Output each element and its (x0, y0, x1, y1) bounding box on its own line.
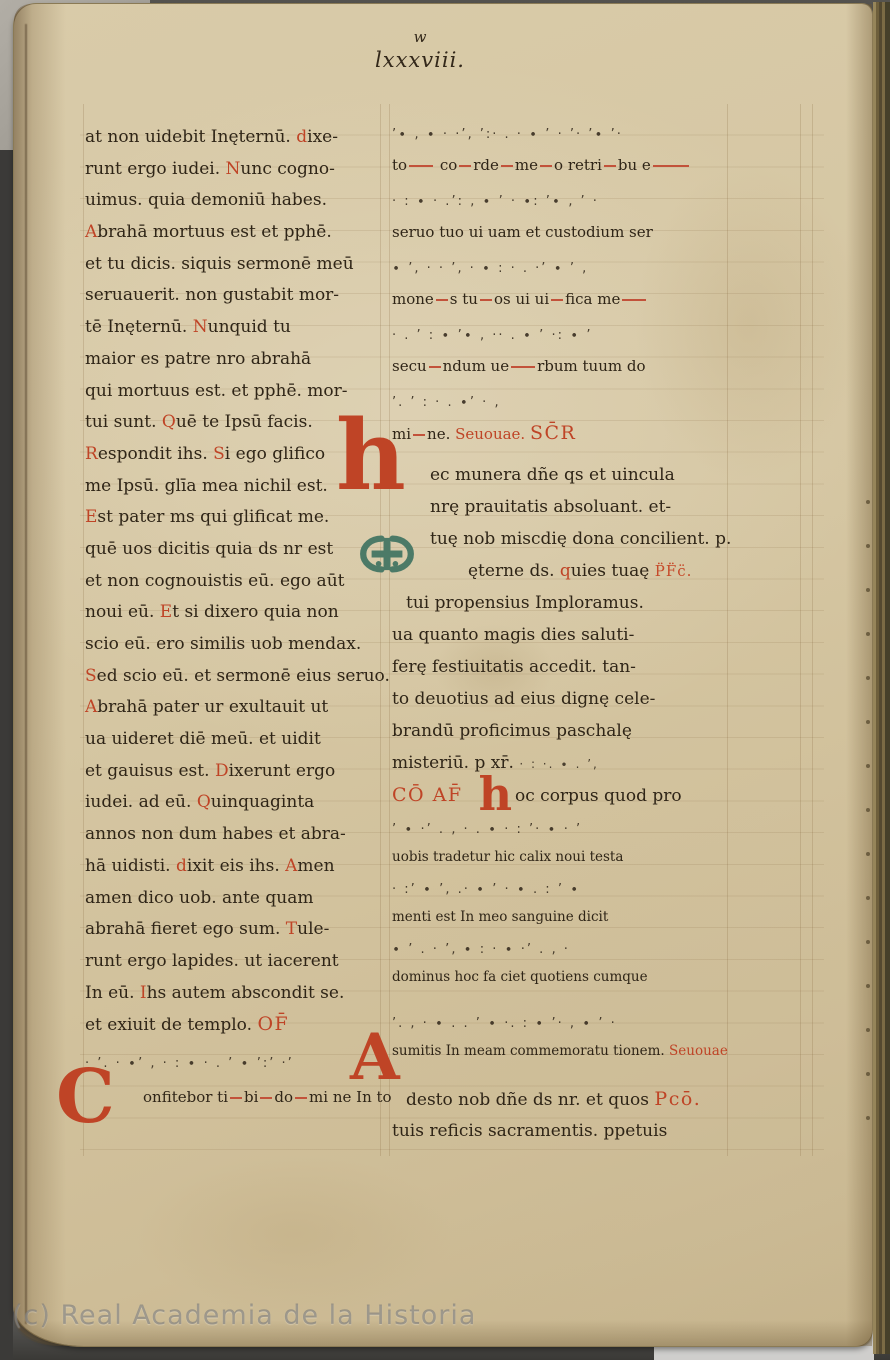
prayer-text-line: brandū proficimus paschalę (392, 715, 730, 747)
ink-text: ixit eis ihs. (187, 856, 285, 876)
prayer-text-line: ęterne ds. quies tuaę P̈F̈c̈. (392, 555, 730, 587)
right-text-column: ’∙ ‚ ∙ · ·’‚ ’:· . · ∙ ’ · ’· ’∙ ’·to co… (392, 104, 730, 1147)
ink-text: ixerunt ergo (229, 761, 336, 781)
rubric-text: S (213, 444, 225, 464)
gospel-text-line: uimus. quia demoniū habes. (85, 185, 385, 217)
ink-text: onfitebor ti (143, 1088, 228, 1106)
red-connector-line (480, 299, 492, 301)
ink-text: tē Inęternū. (85, 317, 193, 337)
ink-text: et tu dicis. siquis sermonē meū (85, 254, 354, 274)
ink-text: abrahā fieret ego sum. (85, 919, 286, 939)
neume-row: · : ∙ · .’: ‚ ∙ ’ · ∙: ’∙ ‚ ’ · (392, 179, 730, 220)
postcommunion-initial: A (350, 1026, 400, 1090)
red-connector-line (260, 1097, 272, 1099)
folio-number: lxxxviii. (340, 48, 500, 72)
ink-text: et non cognouistis eū. ego aūt (85, 571, 344, 591)
rubric-text: Pcō. (654, 1088, 701, 1110)
ink-text: os ui ui (494, 290, 549, 308)
pricking-hole (866, 544, 870, 548)
prayer-text-line: tuę nob miscdię dona concilient. p. (392, 523, 730, 555)
left-text-column: at non uidebit Inęternū. dixe-runt ergo … (85, 116, 385, 1114)
gospel-text-line: iudei. ad eū. Quinquaginta (85, 787, 385, 819)
ink-text: s tu (450, 290, 478, 308)
rubric-text: E (160, 602, 172, 622)
ruling-vertical (812, 104, 813, 1156)
gospel-text-line: In eū. Ihs autem abscondit se. (85, 978, 385, 1010)
chant-text-line: uobis tradetur hic calix noui testa (392, 845, 730, 871)
pricking-hole (866, 1072, 870, 1076)
neume-row: ’. , · ∙ . . ’ ∙ ·. : ∙ ’· , ∙ ’ · (392, 1005, 730, 1039)
ink-text: bi (244, 1088, 258, 1106)
gospel-text-line: et non cognouistis eū. ego aūt (85, 566, 385, 598)
neume-row: ’. ’ : · . ∙’ · ‚ (392, 380, 730, 421)
red-connector-line (540, 165, 552, 167)
binding-gutter-shadow (14, 4, 66, 1346)
ink-text: secu (392, 357, 427, 375)
pricking-hole (866, 720, 870, 724)
ink-text: amen dico uob. ante quam (85, 888, 314, 908)
pricking-hole (866, 852, 870, 856)
ink-text: do (274, 1088, 293, 1106)
ink-text: maior es patre nro abrahā (85, 349, 311, 369)
ink-text: et exiuit de templo. (85, 1015, 257, 1035)
rubric-text: CŌ AF̄ (392, 784, 463, 806)
ink-text: ixe- (307, 127, 338, 147)
ink-text: rbum tuum do (537, 357, 645, 375)
ink-text: nrę prauitatis absoluant. et- (430, 497, 671, 517)
ink-text: mone (392, 290, 434, 308)
ink-text: tui propensius Imploramus. (406, 593, 644, 613)
rubric-text: q (560, 561, 571, 581)
chant-text-line: sumitis In meam commemoratu tionem. Seuo… (392, 1039, 730, 1065)
rubric-text: E (85, 507, 97, 527)
quire-mark: w (340, 28, 500, 46)
neume-row: ’∙ ‚ ∙ · ·’‚ ’:· . · ∙ ’ · ’· ’∙ ’· (392, 112, 730, 153)
chant-text-line: mine. Seuouae. SC̄R (392, 421, 730, 447)
pricking-hole (866, 940, 870, 944)
ink-text: ferę festiuitatis accedit. tan- (392, 657, 636, 677)
red-connector-line (413, 434, 425, 436)
prayer-text-line: tuis reficis sacramentis. ppetuis (392, 1115, 730, 1147)
rubric-text: Q (197, 792, 211, 812)
prayer-text-line: ferę festiuitatis accedit. tan- (392, 651, 730, 683)
rubric-text: A (85, 222, 97, 242)
ink-text: annos non dum habes et abra- (85, 824, 346, 844)
ink-text: me Ipsū. glīa mea nichil est. (85, 476, 328, 496)
red-connector-line (501, 165, 513, 167)
ink-text: ndum ue (443, 357, 509, 375)
gospel-text-line: tē Inęternū. Nunquid tu (85, 312, 385, 344)
prayer-text-line: tui propensius Imploramus. (392, 587, 730, 619)
ink-text: unquid tu (208, 317, 291, 337)
ink-text: i ego glifico (225, 444, 325, 464)
rubric-text: OF̄ (257, 1013, 289, 1035)
offertory-initial: C (56, 1060, 115, 1134)
gospel-text-line: Sed scio eū. et sermonē eius seruo. (85, 661, 385, 693)
gospel-text-line: amen dico uob. ante quam (85, 883, 385, 915)
ink-text: o retri (554, 156, 602, 174)
ink-text: unc cogno- (240, 159, 334, 179)
neume-row: · :’ ∙ ’‚ .· ∙ ’ · ∙ . : ’ ∙ (392, 871, 730, 905)
ink-text: hs autem abscondit se. (147, 983, 345, 1003)
rubric-text: Seuouae (669, 1043, 728, 1059)
red-connector-line (459, 165, 471, 167)
red-connector-line (622, 299, 646, 301)
manuscript-page: w lxxxviii. at non uidebit Inęternū. dix… (14, 4, 872, 1346)
neume-row: ’ ∙ ·’ . ‚ · . ∙ · : ’· ∙ · ’ (392, 811, 730, 845)
ink-text: to (392, 156, 407, 174)
chant-text-line: secundum uerbum tuum do (392, 354, 730, 380)
chant-text-line: mones tuos ui uifica me (392, 287, 730, 313)
gospel-text-line: et tu dicis. siquis sermonē meū (85, 249, 385, 281)
ink-text: uē te Ipsū facis. (176, 412, 313, 432)
neume-row: · ’. · ∙’ , · : ∙ · . ’ ∙ ’:’ ·’ (85, 1041, 385, 1082)
pricking-hole (866, 676, 870, 680)
pricking-hole (866, 764, 870, 768)
ink-text: tuę nob miscdię dona concilient. p. (430, 529, 731, 549)
vere-dignum-monogram-icon (352, 532, 422, 576)
ink-text: fica me (565, 290, 620, 308)
ink-text: ule- (297, 919, 329, 939)
rubric-text: SC̄R (530, 422, 576, 444)
ruling-vertical (389, 104, 390, 1156)
neume-row: · . ’ : ∙ ’∙ , ·· . ∙ ’ ·: ∙ ’ (392, 313, 730, 354)
pricking-holes (866, 4, 872, 1346)
gospel-text-line: annos non dum habes et abra- (85, 819, 385, 851)
rubric-text: D (215, 761, 229, 781)
ink-text: hā uidisti. (85, 856, 176, 876)
ink-text: runt ergo iudei. (85, 159, 226, 179)
page-stack-edge (873, 2, 890, 1354)
gospel-text-line: hā uidisti. dixit eis ihs. Amen (85, 851, 385, 883)
pricking-hole (866, 588, 870, 592)
secret-prayer-initial: h (336, 408, 406, 504)
ink-text: st pater ms qui glificat me. (97, 507, 329, 527)
ink-text: runt ergo lapides. ut iacerent (85, 951, 339, 971)
ink-text: ęterne ds. (468, 561, 560, 581)
rubric-text: N (226, 159, 241, 179)
pricking-hole (866, 500, 870, 504)
ink-text: quē uos dicitis quia ds nr est (85, 539, 333, 559)
chant-text-line: to cordemeo retribu e (392, 153, 730, 179)
ink-text: ua quanto magis dies saluti- (392, 625, 634, 645)
pricking-hole (866, 1116, 870, 1120)
ink-text: at non uidebit Inęternū. (85, 127, 296, 147)
rubric-text: Seuouae. (455, 425, 525, 443)
gospel-text-line: et gauisus est. Dixerunt ergo (85, 756, 385, 788)
prayer-text-line: to deuotius ad eius dignę cele- (392, 683, 730, 715)
ink-text: brahā mortuus est et pphē. (97, 222, 331, 242)
prayer-text-line: ua quanto magis dies saluti- (392, 619, 730, 651)
ink-text: uinquaginta (211, 792, 315, 812)
pricking-hole (866, 808, 870, 812)
binding-crease (25, 24, 27, 1324)
ink-text: tuis reficis sacramentis. ppetuis (392, 1121, 667, 1141)
communio-initial: h (463, 767, 515, 821)
inline-neumes: · : ·. ∙ . ’, (519, 757, 599, 771)
ink-text: ec munera dñe qs et uincula (430, 465, 675, 485)
ink-text: noui eū. (85, 602, 160, 622)
rubric-text: T (286, 919, 297, 939)
ink-text: men (297, 856, 334, 876)
rubric-text: A (285, 856, 297, 876)
gospel-text-line: scio eū. ero similis uob mendax. (85, 629, 385, 661)
prayer-text-line: CŌ AF̄hoc corpus quod pro (392, 779, 730, 811)
red-connector-line (604, 165, 616, 167)
ruling-vertical (83, 104, 84, 1156)
gospel-text-line: abrahā fieret ego sum. Tule- (85, 914, 385, 946)
offertory-chant-line: onfitebor tibidomi ne In to (85, 1082, 385, 1114)
ink-text: uobis tradetur hic calix noui testa (392, 849, 623, 865)
gospel-text-line: runt ergo lapides. ut iacerent (85, 946, 385, 978)
red-connector-line (551, 299, 563, 301)
gospel-text-line: at non uidebit Inęternū. dixe- (85, 122, 385, 154)
gospel-text-line: quē uos dicitis quia ds nr est (85, 534, 385, 566)
ink-text: bu e (618, 156, 651, 174)
ink-text: me (515, 156, 538, 174)
neume-row: ∙ ’, · · ’‚ · ∙ : · . ·’ ∙ ’ , (392, 246, 730, 287)
gospel-text-line: maior es patre nro abrahā (85, 344, 385, 376)
ink-text: ua uideret diē meū. et uidit (85, 729, 321, 749)
folio-header: w lxxxviii. (340, 28, 500, 72)
gospel-text-line: Abrahā mortuus est et pphē. (85, 217, 385, 249)
prayer-text-line: nrę prauitatis absoluant. et- (392, 491, 730, 523)
ink-text: brahā pater ur exultauit ut (97, 697, 328, 717)
ink-text: desto nob dñe ds nr. et quos (406, 1090, 654, 1110)
gospel-text-line: seruauerit. non gustabit mor- (85, 280, 385, 312)
gospel-text-line: noui eū. Et si dixero quia non (85, 597, 385, 629)
red-connector-line (409, 165, 433, 167)
parchment-stain (134, 1154, 454, 1314)
ink-text: et gauisus est. (85, 761, 215, 781)
rubric-text: d (176, 856, 187, 876)
ink-text: to deuotius ad eius dignę cele- (392, 689, 655, 709)
ink-text: uies tuaę (571, 561, 655, 581)
pricking-hole (866, 896, 870, 900)
red-connector-line (295, 1097, 307, 1099)
ink-text: co (435, 156, 457, 174)
prayer-text-line: ec munera dñe qs et uincula (392, 459, 730, 491)
rubric-text: d (296, 127, 307, 147)
scan-background-left (0, 0, 13, 1360)
gospel-text-line: Abrahā pater ur exultauit ut (85, 692, 385, 724)
ink-text: ne. (427, 425, 455, 443)
ink-text: seruo tuo ui uam et custodium ser (392, 223, 653, 241)
ink-text: In eū. (85, 983, 140, 1003)
rubric-text: A (85, 697, 97, 717)
ink-text: espondit ihs. (98, 444, 213, 464)
red-connector-line (436, 299, 448, 301)
gospel-text-line: et exiuit de templo. OF̄ (85, 1009, 385, 1041)
ink-text: sumitis In meam commemoratu tionem. (392, 1043, 669, 1059)
ink-text: oc corpus quod pro (515, 786, 682, 806)
rubric-text: Q (162, 412, 176, 432)
prayer-text-line: desto nob dñe ds nr. et quos Pcō. (392, 1083, 730, 1115)
ink-text: ed scio eū. et sermonē eius seruo. (97, 666, 390, 686)
ink-text: qui mortuus est. et pphē. mor- (85, 381, 348, 401)
rubric-text: I (140, 983, 147, 1003)
ink-text: scio eū. ero similis uob mendax. (85, 634, 361, 654)
gospel-text-line: runt ergo iudei. Nunc cogno- (85, 154, 385, 186)
chant-text-line: menti est In meo sanguine dicit (392, 905, 730, 931)
pricking-hole (866, 984, 870, 988)
rubric-text: P̈F̈c̈. (655, 562, 693, 580)
ink-text: uimus. quia demoniū habes. (85, 190, 327, 210)
chant-text-line: seruo tuo ui uam et custodium ser (392, 220, 730, 246)
ink-text: dominus hoc fa ciet quotiens cumque (392, 969, 648, 985)
ink-text: t si dixero quia non (172, 602, 338, 622)
ink-text: iudei. ad eū. (85, 792, 197, 812)
ink-text: rde (473, 156, 499, 174)
ink-text: brandū proficimus paschalę (392, 721, 632, 741)
ink-text: tui sunt. (85, 412, 162, 432)
rubric-text: S (85, 666, 97, 686)
prayer-text-line: misteriū. p xr̄. · : ·. ∙ . ’, (392, 747, 730, 779)
ink-text: seruauerit. non gustabit mor- (85, 285, 339, 305)
red-connector-line (653, 165, 689, 167)
red-connector-line (511, 366, 535, 368)
rubric-text: N (193, 317, 208, 337)
pricking-hole (866, 1028, 870, 1032)
gospel-text-line: ua uideret diē meū. et uidit (85, 724, 385, 756)
pricking-hole (866, 632, 870, 636)
red-connector-line (230, 1097, 242, 1099)
red-connector-line (429, 366, 441, 368)
ruling-vertical (800, 104, 801, 1156)
rubric-text: R (85, 444, 98, 464)
watermark: (c) Real Academia de la Historia (12, 1300, 476, 1331)
ink-text: menti est In meo sanguine dicit (392, 909, 608, 925)
chant-text-line: dominus hoc fa ciet quotiens cumque (392, 965, 730, 991)
neume-row: ∙ ’ . · ’‚ ∙ : · ∙ ·’ . ‚ · (392, 931, 730, 965)
